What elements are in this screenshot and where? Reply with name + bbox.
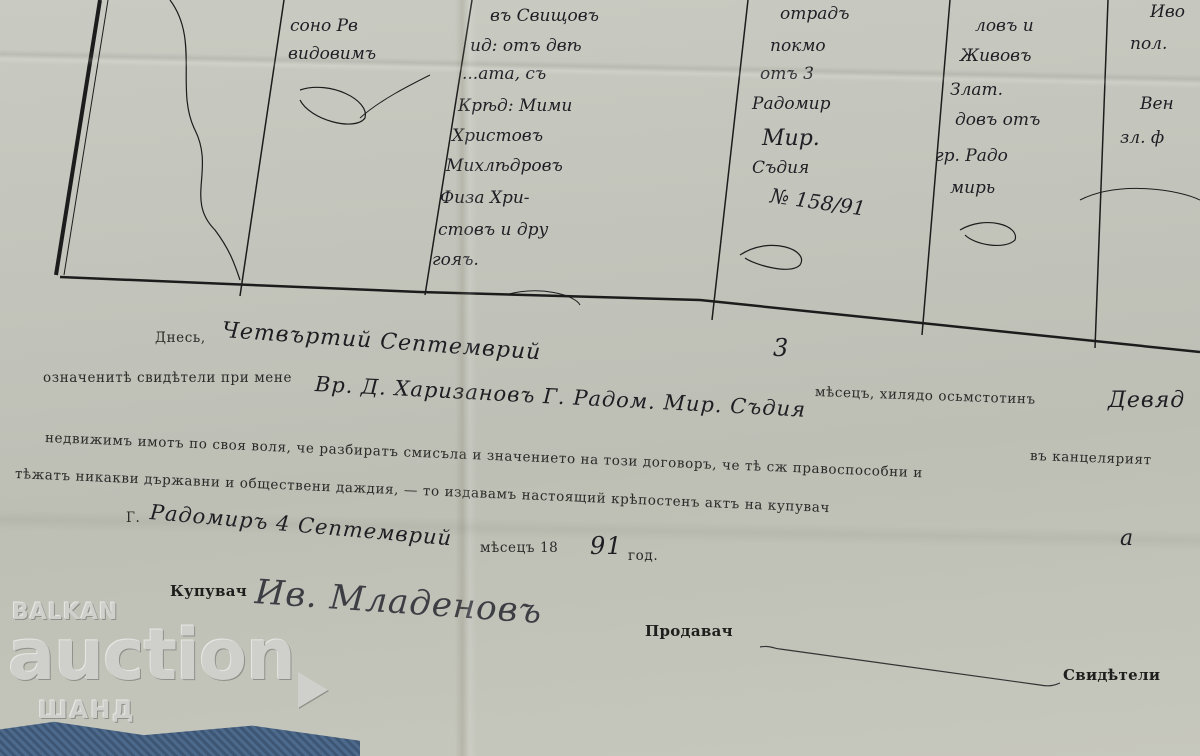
seller-signature-line <box>760 645 1060 695</box>
cell-col4-line1: отрадъ <box>780 6 849 23</box>
watermark-bottom: ШАНД <box>38 696 136 724</box>
cell-col4-line5: Мир. <box>762 128 820 150</box>
witnesses-label: Свидѣтели <box>1063 666 1160 684</box>
line2-handwritten-witnesses: Вр. Д. Харизановъ Г. Радом. Мир. Съдия <box>314 372 806 422</box>
line1-handwritten-number: 3 <box>773 334 789 362</box>
cell-col6-line3: Вен <box>1140 96 1174 113</box>
cell-col5-line3: Злат. <box>950 82 1003 99</box>
buyer-signature: Ив. Младеновъ <box>254 572 544 632</box>
line5-end: год. <box>628 548 658 564</box>
cell-col3-line7: Физа Хри- <box>440 190 530 207</box>
cell-col4-line4: Радомир <box>752 96 831 113</box>
cell-col6-line2: пол. <box>1130 36 1167 53</box>
line5-suffix: мѣсецъ 18 <box>480 540 558 556</box>
cell-col3-line1: въ Свищовъ <box>490 8 599 25</box>
line2-handwritten-end: Девяд <box>1108 388 1185 413</box>
line1-prefix: Днесь, <box>155 330 206 346</box>
seller-label: Продавач <box>645 622 733 640</box>
line4-text: тѣжатъ никакви държавни и обществени даж… <box>15 466 831 516</box>
line2-prefix: означенитѣ свидѣтели при мене <box>43 370 292 386</box>
line2-mid: мѣсецъ, хилядо осьмстотинъ <box>815 384 1036 408</box>
cell-col3-line2: ид: отъ двѣ <box>470 38 582 55</box>
line3-right: въ канцелярият <box>1030 448 1152 468</box>
paper-fold-vertical <box>455 0 477 756</box>
watermark-main: auction <box>8 620 295 690</box>
cell-col5-line4: довъ отъ <box>955 112 1040 129</box>
cell-col5-line1: ловъ и <box>975 18 1034 35</box>
cell-col2-line1: соно Рв <box>290 18 358 35</box>
cell-col5-line2: Живовъ <box>960 48 1031 65</box>
buyer-label: Купувач <box>170 582 247 600</box>
cell-col4-line6: Съдия <box>752 160 809 177</box>
play-triangle-icon <box>298 672 328 708</box>
cell-col5-line6: мирь <box>950 180 995 197</box>
cell-col6-line4: зл. ф <box>1120 130 1164 147</box>
cell-col5-line5: гр. Радо <box>935 148 1008 165</box>
cell-col4-line2: покмо <box>770 38 826 55</box>
cell-col6-line1: Иво <box>1150 4 1185 21</box>
